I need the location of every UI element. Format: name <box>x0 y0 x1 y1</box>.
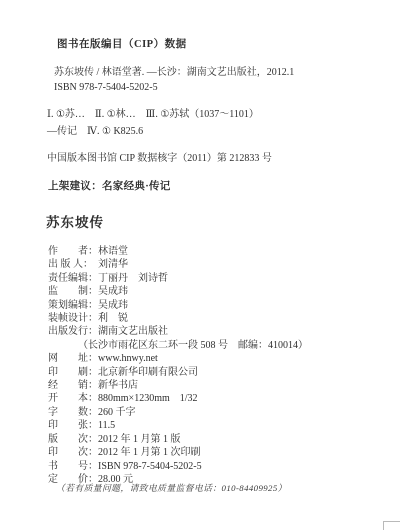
colophon-row: 字 数：260 千字 <box>48 406 308 419</box>
colophon-label: 印 张： <box>48 419 98 432</box>
colophon-list: 作 者：林语堂出 版 人：刘清华责任编辑：丁丽丹 刘诗哲监 制：吴成玮策划编辑：… <box>48 245 308 486</box>
cip-description-line: 苏东坡传 / 林语堂著. —长沙：湖南文艺出版社，2012.1 <box>54 66 294 81</box>
colophon-value: 新华书店 <box>98 380 138 391</box>
colophon-value: 丁丽丹 刘诗哲 <box>98 273 168 284</box>
colophon-row: 责任编辑：丁丽丹 刘诗哲 <box>48 272 308 285</box>
colophon-label: 监 制： <box>48 285 98 298</box>
colophon-value: 林语堂 <box>98 246 128 257</box>
colophon-row: 出 版 人：刘清华 <box>48 258 308 271</box>
colophon-row: 监 制：吴成玮 <box>48 285 308 298</box>
colophon-value: ISBN 978-7-5404-5202-5 <box>98 461 202 472</box>
colophon-value: 260 千字 <box>98 407 136 418</box>
colophon-row: 策划编辑：吴成玮 <box>48 299 308 312</box>
colophon-label: 策划编辑： <box>48 299 98 312</box>
colophon-value: 湖南文艺出版社 <box>98 326 168 337</box>
scan-corner-mark <box>383 521 400 530</box>
colophon-row: 开 本：880mm×1230mm 1/32 <box>48 392 308 405</box>
colophon-value: 11.5 <box>98 420 115 431</box>
colophon-label: 书 号： <box>48 460 98 473</box>
colophon-label: 出 版 人： <box>48 258 98 271</box>
quality-notice: （若有质量问题，请致电质量监督电话：010-84409925） <box>56 481 287 494</box>
cip-description: 苏东坡传 / 林语堂著. —长沙：湖南文艺出版社，2012.1 ISBN 978… <box>54 66 294 95</box>
colophon-label: 责任编辑： <box>48 272 98 285</box>
colophon-label: 版 次： <box>48 433 98 446</box>
colophon-value: 2012 年 1 月第 1 版 <box>98 434 181 445</box>
colophon-value: 880mm×1230mm 1/32 <box>98 393 198 404</box>
colophon-value: 北京新华印刷有限公司 <box>98 367 198 378</box>
colophon-label: 印 次： <box>48 446 98 459</box>
cip-classification-line: Ⅰ. ①苏… Ⅱ. ①林… Ⅲ. ①苏轼（1037～1101） <box>47 107 259 124</box>
colophon-label: 网 址： <box>48 352 98 365</box>
cip-classification: Ⅰ. ①苏… Ⅱ. ①林… Ⅲ. ①苏轼（1037～1101） —传记 Ⅳ. ①… <box>47 107 259 140</box>
colophon-label: 印 刷： <box>48 366 98 379</box>
colophon-value: 2012 年 1 月第 1 次印刷 <box>98 447 201 458</box>
cip-record-number: 中国版本图书馆 CIP 数据核字（2011）第 212833 号 <box>47 149 272 164</box>
colophon-row: 经 销：新华书店 <box>48 379 308 392</box>
colophon-label: 作 者： <box>48 245 98 258</box>
colophon-value: 吴成玮 <box>98 286 128 297</box>
colophon-value: 吴成玮 <box>98 300 128 311</box>
colophon-label: 字 数： <box>48 406 98 419</box>
colophon-label: 开 本： <box>48 392 98 405</box>
colophon-value: 刘清华 <box>98 259 128 270</box>
colophon-row: 网 址：www.hnwy.net <box>48 352 308 365</box>
colophon-value: 利 锐 <box>98 313 128 324</box>
cip-classification-line: —传记 Ⅳ. ① K825.6 <box>47 124 259 141</box>
colophon-value: www.hnwy.net <box>98 353 158 364</box>
copyright-page: 图书在版编目（CIP）数据 苏东坡传 / 林语堂著. —长沙：湖南文艺出版社，2… <box>0 0 400 530</box>
book-title: 苏东坡传 <box>46 211 104 231</box>
colophon-label: 装帧设计： <box>48 312 98 325</box>
colophon-row: 书 号：ISBN 978-7-5404-5202-5 <box>48 460 308 473</box>
colophon-row: 出版发行：湖南文艺出版社 <box>48 325 308 338</box>
cip-isbn-line: ISBN 978-7-5404-5202-5 <box>54 81 294 96</box>
colophon-label: 出版发行： <box>48 325 98 338</box>
colophon-row: 作 者：林语堂 <box>48 245 308 258</box>
colophon-label: 经 销： <box>48 379 98 392</box>
colophon-row: 版 次：2012 年 1 月第 1 版 <box>48 433 308 446</box>
colophon-row: 印 刷：北京新华印刷有限公司 <box>48 366 308 379</box>
colophon-row: 装帧设计：利 锐 <box>48 312 308 325</box>
colophon-row: 印 次：2012 年 1 月第 1 次印刷 <box>48 446 308 459</box>
colophon-row: 印 张：11.5 <box>48 419 308 432</box>
cip-heading: 图书在版编目（CIP）数据 <box>57 36 187 51</box>
colophon-row: （长沙市雨花区东二环一段 508 号 邮编：410014） <box>48 339 308 352</box>
shelf-suggestion: 上架建议：名家经典·传记 <box>48 178 171 193</box>
colophon-value: （长沙市雨花区东二环一段 508 号 邮编：410014） <box>78 340 308 351</box>
